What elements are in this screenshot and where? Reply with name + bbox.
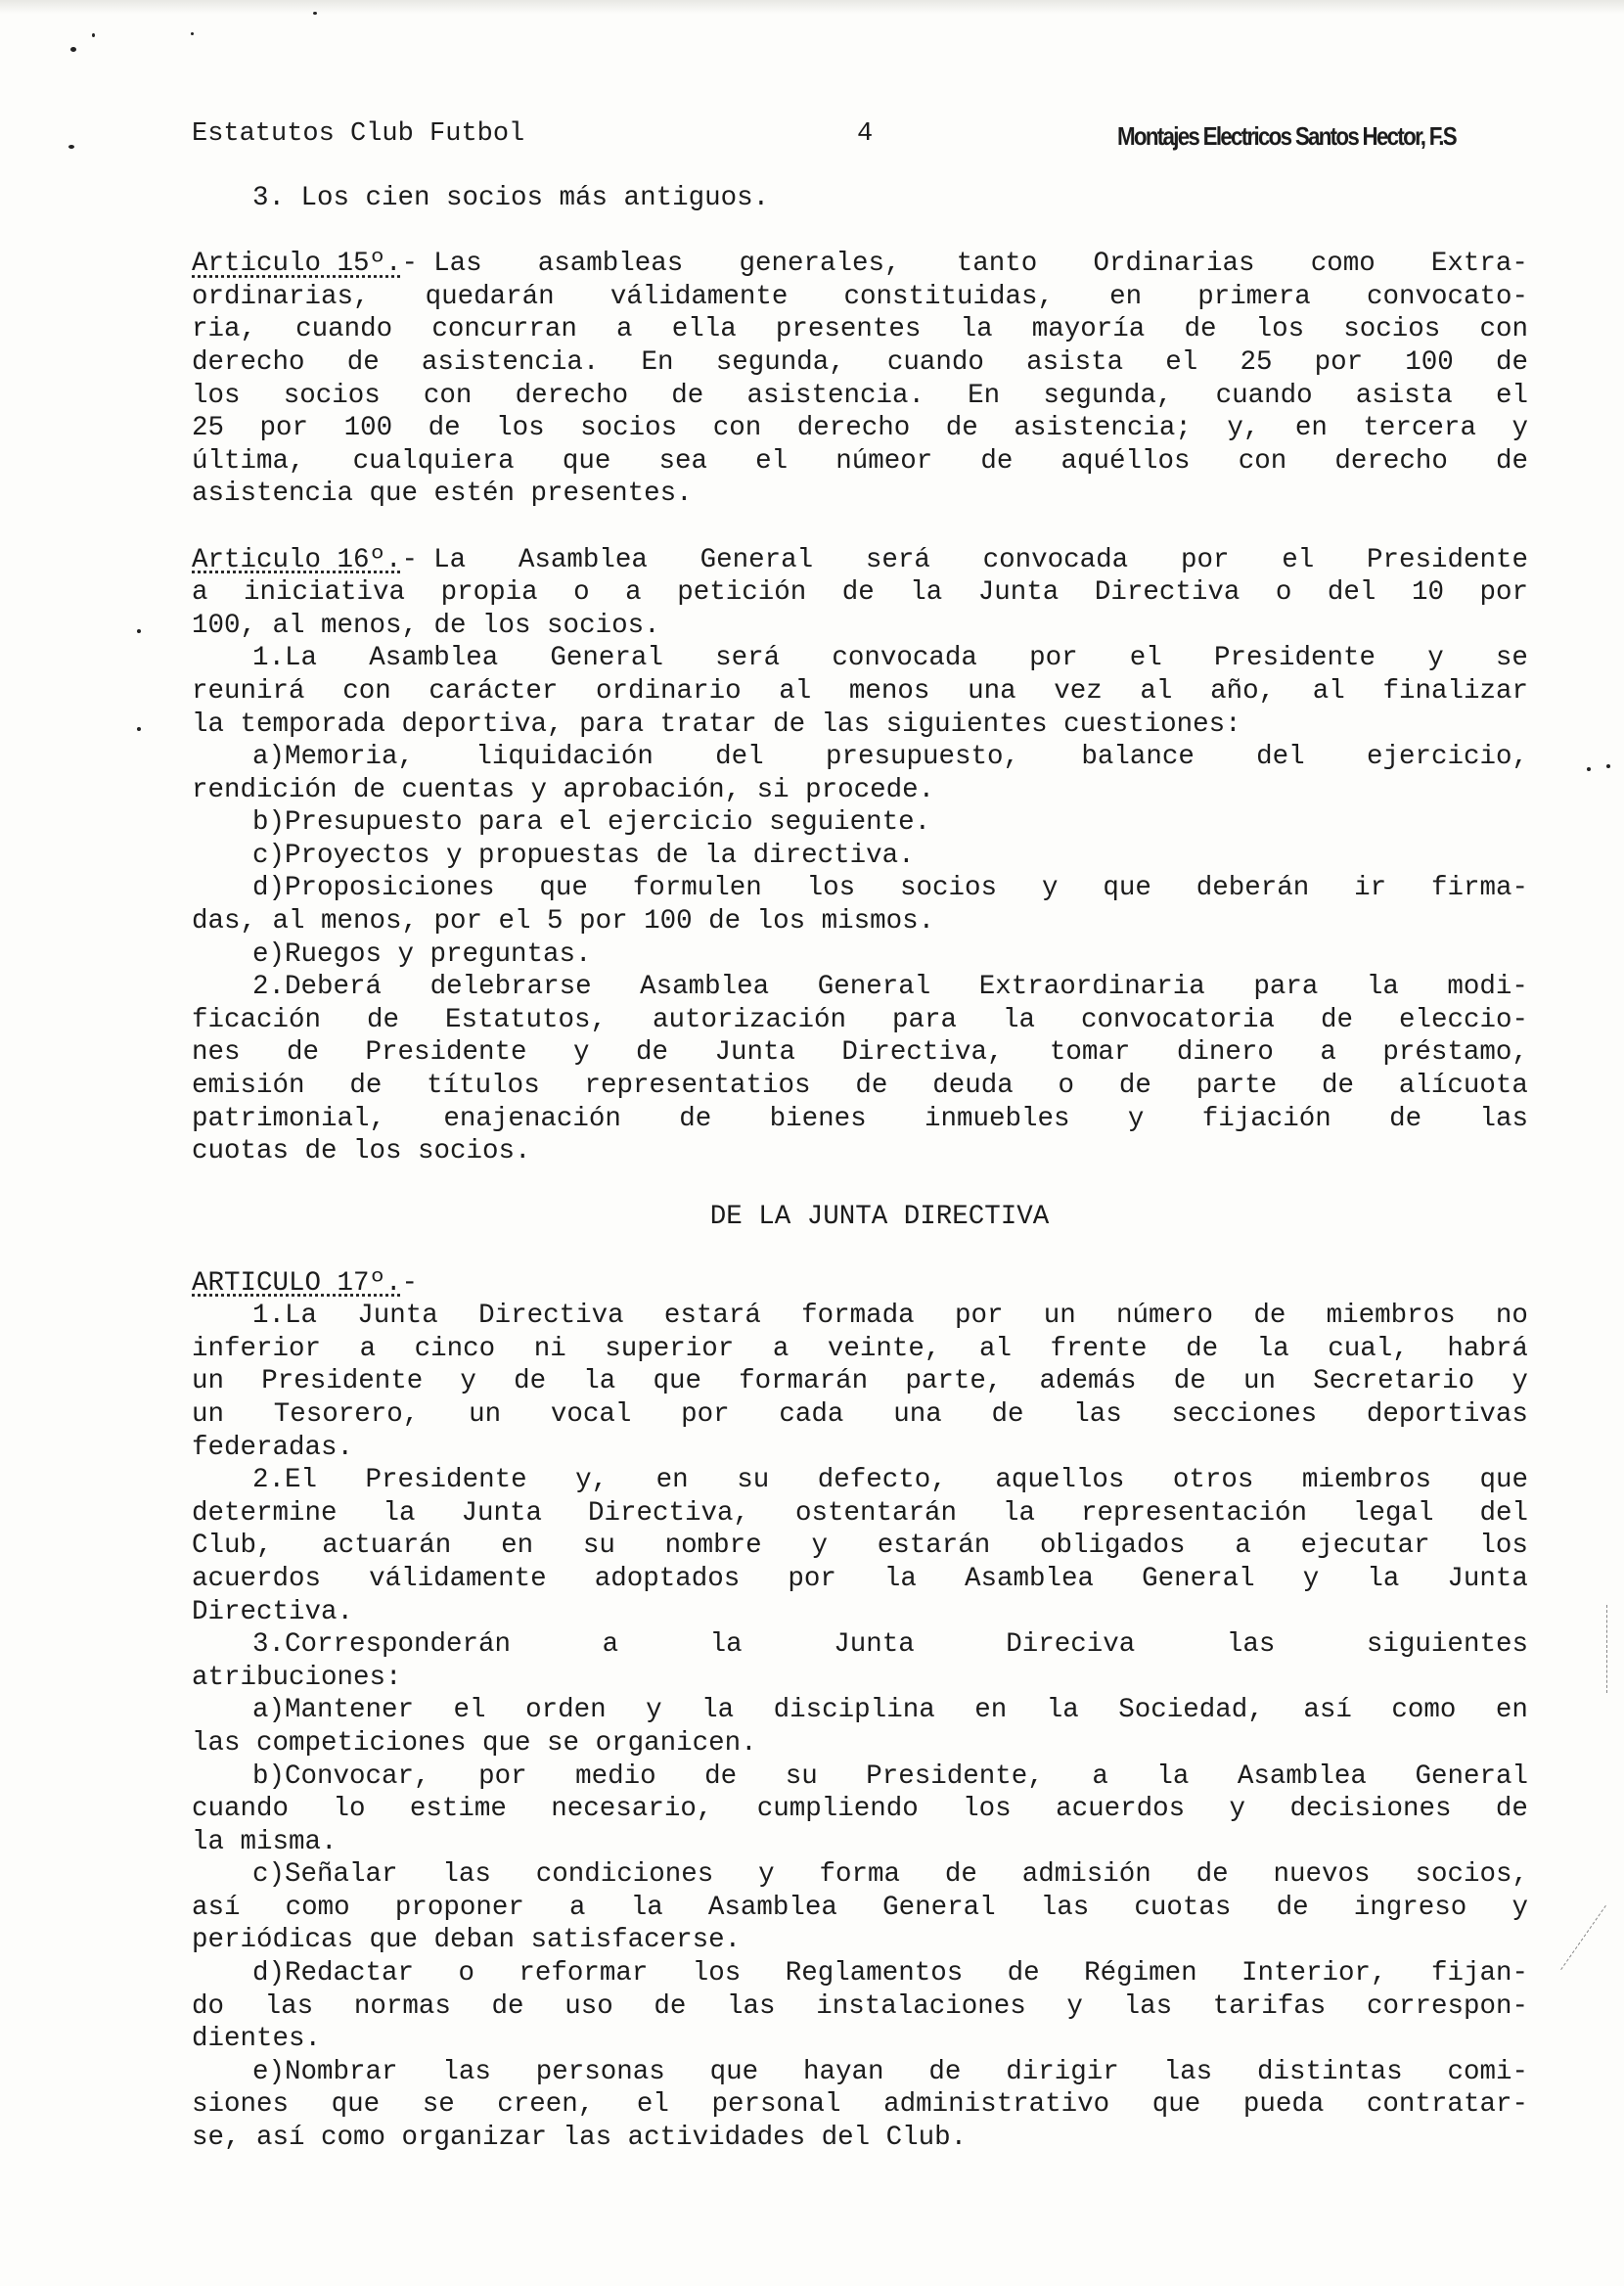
word: 100	[344, 412, 393, 445]
word: el	[637, 2088, 669, 2122]
article-heading-line: ARTICULO 17º.-	[192, 1267, 1528, 1301]
word: personas	[536, 2056, 665, 2089]
word: Direciva	[1006, 1628, 1135, 1662]
scan-speck	[137, 727, 141, 731]
word: deberán	[1196, 872, 1310, 905]
word: correspon-	[1367, 1990, 1528, 2024]
word: siones	[192, 2088, 289, 2122]
word: Presidente	[1214, 642, 1376, 675]
word: 100	[1405, 346, 1454, 380]
text-line: b)Presupuesto para el ejercicio seguient…	[192, 806, 1528, 840]
word: concurran	[431, 313, 577, 346]
word: enajenación	[443, 1103, 621, 1136]
word: d)Proposiciones	[252, 872, 495, 905]
word: creen,	[497, 2088, 594, 2122]
word: o	[1059, 1070, 1075, 1103]
word: presentes	[776, 313, 922, 346]
text-line: inferioracinconisuperioraveinte,alfrente…	[192, 1333, 1528, 1366]
text-line: das, al menos, por el 5 por 100 de los m…	[192, 905, 1528, 938]
text-line: 3.CorresponderánalaJuntaDirecivalassigui…	[192, 1628, 1528, 1662]
word: última,	[192, 445, 305, 479]
text-line: asistencia que estén presentes.	[192, 478, 1528, 511]
scan-speck	[137, 629, 141, 633]
word: Asamblea	[369, 642, 498, 675]
word: adoptados	[595, 1563, 741, 1596]
word: Secretario	[1313, 1365, 1474, 1398]
word: derecho	[1334, 445, 1448, 479]
word: actuarán	[322, 1530, 451, 1563]
word: y	[1511, 1892, 1528, 1925]
word: y	[1427, 642, 1444, 675]
word: los	[496, 412, 545, 445]
word: asistencia;	[1014, 412, 1192, 445]
line-text: -	[402, 1267, 419, 1301]
word: al	[779, 675, 811, 709]
word: además	[1040, 1365, 1137, 1398]
paragraph-gap	[192, 511, 1528, 544]
word: socios	[1343, 313, 1440, 346]
word: representación	[1081, 1497, 1307, 1531]
word: instalaciones	[816, 1990, 1026, 2024]
text-line: derechodeasistencia.Ensegunda,cuandoasis…	[192, 346, 1528, 380]
line-text: rendición de cuentas y aprobación, si pr…	[192, 774, 934, 807]
word: la	[1003, 1004, 1035, 1037]
word: se	[423, 2088, 455, 2122]
word: do	[192, 1990, 224, 2024]
word: la	[1047, 1694, 1079, 1727]
word: segunda,	[716, 346, 845, 380]
word: miembros	[1327, 1300, 1456, 1333]
line-text: federadas.	[192, 1432, 353, 1465]
word: representatios	[585, 1070, 811, 1103]
scan-speck	[92, 33, 95, 37]
word: de	[1321, 1004, 1353, 1037]
text-line: acuerdosválidamenteadoptadosporlaAsamble…	[192, 1563, 1528, 1596]
word: con	[424, 380, 473, 413]
word: ordinario	[596, 675, 742, 709]
word: emisión	[192, 1070, 305, 1103]
word: proponer	[395, 1892, 524, 1925]
word: Junta	[1447, 1563, 1528, 1596]
word: -	[402, 248, 419, 281]
word: quedarán	[426, 281, 555, 314]
word: de	[704, 1760, 737, 1794]
word: los	[807, 872, 856, 905]
word: de	[1186, 1333, 1218, 1366]
word: socios	[900, 872, 997, 905]
word: como	[1391, 1694, 1456, 1727]
word: de	[349, 1070, 382, 1103]
word: Junta	[714, 1036, 795, 1070]
word: por	[1029, 642, 1078, 675]
word: las	[1227, 1628, 1276, 1662]
line-text: las competiciones que se organicen.	[192, 1727, 757, 1760]
word: medio	[575, 1760, 656, 1794]
word: petición	[677, 576, 806, 610]
word: socios	[284, 380, 381, 413]
pencil-mark	[1560, 1905, 1606, 1970]
word: del	[1328, 576, 1376, 610]
word: Presidente	[1367, 544, 1528, 577]
word: por	[1479, 576, 1528, 610]
word: tomar	[1050, 1036, 1131, 1070]
word: y	[460, 1365, 476, 1398]
word: los	[1256, 313, 1305, 346]
scan-speck	[191, 32, 194, 35]
text-line: nesdePresidenteydeJuntaDirectiva,tomardi…	[192, 1036, 1528, 1070]
word: Directiva	[478, 1300, 624, 1333]
word: defecto,	[818, 1464, 947, 1497]
word: disciplina	[774, 1694, 935, 1727]
scan-speck	[313, 12, 317, 15]
word: en	[1109, 281, 1142, 314]
word: de	[429, 412, 461, 445]
word: acuerdos	[192, 1563, 321, 1596]
word: Asamblea	[708, 1892, 837, 1925]
word: o	[1276, 576, 1292, 610]
word: fijación	[1202, 1103, 1331, 1136]
word: cumpliendo	[757, 1793, 919, 1826]
word: a)Mantener	[252, 1694, 414, 1727]
word: admisión	[1022, 1858, 1151, 1892]
word: válidamente	[369, 1563, 547, 1596]
word: En	[642, 346, 674, 380]
word: de	[679, 1103, 711, 1136]
text-line: d)RedactaroreformarlosReglamentosdeRégim…	[192, 1957, 1528, 1990]
word: cuando	[1216, 380, 1313, 413]
word: año,	[1210, 675, 1275, 709]
word: fijan-	[1431, 1957, 1528, 1990]
word: del	[715, 741, 764, 774]
word: y	[1066, 1990, 1083, 2024]
word: vez	[1054, 675, 1103, 709]
word: al	[979, 1333, 1012, 1366]
word: del	[1479, 1497, 1528, 1531]
word: asistencia.	[746, 380, 925, 413]
word: como	[286, 1892, 350, 1925]
word: de	[1184, 313, 1216, 346]
word: las	[442, 2056, 491, 2089]
text-line: ainiciativapropiaoapeticióndelaJuntaDire…	[192, 576, 1528, 610]
word: y,	[1227, 412, 1259, 445]
word: que	[710, 2056, 759, 2089]
word: a	[625, 576, 642, 610]
word: tanto	[957, 248, 1038, 281]
word: cada	[779, 1398, 843, 1432]
word: ostentarán	[795, 1497, 957, 1531]
word: cuando	[192, 1793, 289, 1826]
article-label: Articulo 15º.	[192, 248, 402, 281]
word: a)Memoria,	[252, 741, 414, 774]
word: 3.Corresponderán	[252, 1628, 511, 1662]
word: 1.La	[252, 1300, 317, 1333]
word: por	[788, 1563, 836, 1596]
word: menos	[849, 675, 930, 709]
word: por	[478, 1760, 527, 1794]
word: para	[1253, 971, 1318, 1004]
word: Junta	[357, 1300, 438, 1333]
word: por	[955, 1300, 1004, 1333]
word: la	[631, 1892, 663, 1925]
word: 2.Deberá	[252, 971, 382, 1004]
word: la	[1003, 1497, 1035, 1531]
word: Tesorero,	[274, 1398, 420, 1432]
word: y	[811, 1530, 828, 1563]
line-text: la temporada deportiva, para tratar de l…	[192, 709, 1241, 742]
text-line: sionesquesecreen,elpersonaladministrativ…	[192, 2088, 1528, 2122]
text-line: 3. Los cien socios más antiguos.	[192, 182, 1528, 215]
word: vocal	[551, 1398, 632, 1432]
word: autorización	[653, 1004, 846, 1037]
word: General	[882, 1892, 996, 1925]
word: Asamblea	[519, 544, 648, 577]
scan-speck	[70, 47, 76, 52]
word: presupuesto,	[826, 741, 1019, 774]
word: administrativo	[883, 2088, 1109, 2122]
word: a	[616, 313, 633, 346]
word: de	[855, 1070, 887, 1103]
word: del	[1256, 741, 1305, 774]
word: 10	[1412, 576, 1444, 610]
word: en	[656, 1464, 689, 1497]
word: carácter	[429, 675, 558, 709]
word: frente	[1051, 1333, 1148, 1366]
word: de	[367, 1004, 399, 1037]
text-line: la misma.	[192, 1826, 1528, 1859]
word: en	[974, 1694, 1007, 1727]
word: alícuota	[1399, 1070, 1528, 1103]
word: las	[265, 1990, 314, 2024]
word: cinco	[415, 1333, 496, 1366]
text-line: 2.ElPresidentey,ensudefecto,aquellosotro…	[192, 1464, 1528, 1497]
word: de	[1277, 1892, 1309, 1925]
word: las	[1041, 1892, 1090, 1925]
line-text: asistencia que estén presentes.	[192, 478, 693, 511]
word: Directiva	[1095, 576, 1241, 610]
word: pueda	[1243, 2088, 1325, 2122]
word: General	[1142, 1563, 1255, 1596]
word: formulen	[633, 872, 762, 905]
text-line: 1.LaAsambleaGeneralseráconvocadaporelPre…	[192, 642, 1528, 675]
word: convocada	[832, 642, 977, 675]
word: préstamo,	[1382, 1036, 1528, 1070]
word: su	[583, 1530, 615, 1563]
scan-speck	[1587, 767, 1591, 771]
word: dinero	[1177, 1036, 1274, 1070]
word: de	[945, 1858, 977, 1892]
word: nombre	[665, 1530, 762, 1563]
word: de	[1322, 1070, 1354, 1103]
word: ingreso	[1354, 1892, 1467, 1925]
word: a	[603, 1628, 619, 1662]
word: -	[402, 544, 419, 577]
word: los	[192, 380, 241, 413]
word: Junta	[461, 1497, 542, 1531]
word: personal	[712, 2088, 841, 2122]
word: derecho	[797, 412, 911, 445]
line-text: c)Proyectos y propuestas de la directiva…	[252, 840, 915, 873]
word: que	[1152, 2088, 1201, 2122]
word: Presidente	[365, 1036, 526, 1070]
word: General	[818, 971, 931, 1004]
word: propia	[441, 576, 538, 610]
word: Asamblea	[640, 971, 769, 1004]
word: por	[681, 1398, 730, 1432]
word: a	[569, 1892, 586, 1925]
word: c)Señalar	[252, 1858, 398, 1892]
word: Junta	[834, 1628, 915, 1662]
text-line: b)Convocar,pormediodesuPresidente,alaAsa…	[192, 1760, 1528, 1794]
word: mayoría	[1032, 313, 1146, 346]
word: las	[442, 1858, 491, 1892]
word: convocada	[983, 544, 1129, 577]
word: ordinarias,	[192, 281, 370, 314]
word: estime	[410, 1793, 507, 1826]
word: parte	[1196, 1070, 1278, 1103]
text-line: federadas.	[192, 1432, 1528, 1465]
word: secciones	[1172, 1398, 1318, 1432]
word: de	[1196, 1858, 1229, 1892]
word: de	[1174, 1365, 1206, 1398]
word: y,	[575, 1464, 608, 1497]
word: General	[550, 642, 663, 675]
word: Presidente,	[866, 1760, 1044, 1794]
word: condiciones	[536, 1858, 714, 1892]
word: finalizar	[1382, 675, 1528, 709]
word: de	[492, 1990, 524, 2024]
word: asistencia.	[422, 346, 600, 380]
word: orden	[525, 1694, 607, 1727]
word: número	[1116, 1300, 1213, 1333]
text-line: patrimonial,enajenacióndebienesinmuebles…	[192, 1103, 1528, 1136]
word: lo	[333, 1793, 365, 1826]
document-body: 3. Los cien socios más antiguos.Articulo…	[192, 182, 1528, 2155]
word: de	[1496, 1793, 1528, 1826]
word: Las	[433, 248, 482, 281]
word: ficación	[192, 1004, 321, 1037]
word: socios,	[1415, 1858, 1528, 1892]
word: de	[1008, 1957, 1040, 1990]
word: uso	[564, 1990, 613, 2024]
text-line: ordinarias,quedaránválidamenteconstituid…	[192, 281, 1528, 314]
line-text: la misma.	[192, 1826, 338, 1859]
word: ejercicio,	[1367, 741, 1528, 774]
word: el	[1130, 642, 1162, 675]
word: legal	[1353, 1497, 1434, 1531]
word: la	[884, 1563, 917, 1596]
word: a	[360, 1333, 377, 1366]
text-line: c)Señalarlascondicionesyformadeadmisiónd…	[192, 1858, 1528, 1892]
word: miembros	[1302, 1464, 1431, 1497]
word: y	[758, 1858, 775, 1892]
word: Estatutos,	[445, 1004, 607, 1037]
word: Junta	[978, 576, 1060, 610]
word: con	[1239, 445, 1287, 479]
word: cuotas	[1134, 1892, 1231, 1925]
scan-edge-shade	[0, 0, 1624, 14]
word: que	[539, 872, 588, 905]
word: habrá	[1447, 1333, 1528, 1366]
word: de	[928, 2056, 961, 2089]
company-name: Montajes Electricos Santos Hector, F.S	[1117, 121, 1456, 152]
word: 2.El	[252, 1464, 317, 1497]
word: que	[1103, 872, 1151, 905]
word: de	[671, 380, 703, 413]
word: de	[980, 445, 1013, 479]
document-title: Estatutos Club Futbol	[192, 119, 524, 149]
text-line: c)Proyectos y propuestas de la directiva…	[192, 840, 1528, 873]
word: como	[1311, 248, 1376, 281]
word: al	[1140, 675, 1172, 709]
word: ella	[672, 313, 737, 346]
word: derecho	[516, 380, 629, 413]
word: primera	[1197, 281, 1311, 314]
word: Presidente	[261, 1365, 423, 1398]
word: de	[514, 1365, 546, 1398]
word: al	[1313, 675, 1345, 709]
word: se	[1496, 642, 1528, 675]
word: parte,	[905, 1365, 1002, 1398]
word: la	[701, 1694, 734, 1727]
text-line: 1.LaJuntaDirectivaestaráformadaporunnúme…	[192, 1300, 1528, 1333]
line-text: cuotas de los socios.	[192, 1135, 531, 1168]
word: deportivas	[1367, 1398, 1528, 1432]
word: por	[1181, 544, 1230, 577]
article-heading-line: Articulo 15º.-Lasasambleasgenerales,tant…	[192, 248, 1528, 281]
word: las	[727, 1990, 776, 2024]
word: la	[383, 1497, 416, 1531]
text-line: 100, al menos, de los socios.	[192, 610, 1528, 643]
word: convocatoria	[1081, 1004, 1275, 1037]
scan-speck	[1606, 764, 1610, 768]
word: y	[1303, 1563, 1320, 1596]
word: la	[961, 313, 993, 346]
word: el	[755, 445, 788, 479]
word: de	[636, 1036, 668, 1070]
word: balance	[1081, 741, 1195, 774]
word: de	[1496, 346, 1528, 380]
word: para	[892, 1004, 957, 1037]
word: en	[1295, 412, 1328, 445]
word: y	[573, 1036, 590, 1070]
line-text: b)Presupuesto para el ejercicio seguient…	[252, 806, 930, 840]
word: aquéllos	[1061, 445, 1191, 479]
word: 25	[192, 412, 224, 445]
word: válidamente	[610, 281, 789, 314]
text-line: a)MantenerelordenyladisciplinaenlaSocied…	[192, 1694, 1528, 1727]
word: superior	[605, 1333, 734, 1366]
word: y	[1128, 1103, 1145, 1136]
word: títulos	[427, 1070, 540, 1103]
word: segunda,	[1043, 380, 1172, 413]
word: forma	[820, 1858, 901, 1892]
word: Reglamentos	[786, 1957, 964, 1990]
word: otros	[1173, 1464, 1254, 1497]
word: necesario,	[551, 1793, 712, 1826]
word: en	[1496, 1694, 1528, 1727]
word: a	[1235, 1530, 1251, 1563]
word: por	[260, 412, 309, 445]
word: reunirá	[192, 675, 305, 709]
article-label: ARTICULO 17º.	[192, 1267, 402, 1301]
word: de	[347, 346, 380, 380]
word: generales,	[740, 248, 901, 281]
word: su	[786, 1760, 818, 1794]
line-text: periódicas que deban satisfacerse.	[192, 1924, 741, 1957]
word: Ordinarias	[1093, 248, 1254, 281]
line-text: e)Ruegos y preguntas.	[252, 938, 592, 972]
word: que	[332, 2088, 381, 2122]
